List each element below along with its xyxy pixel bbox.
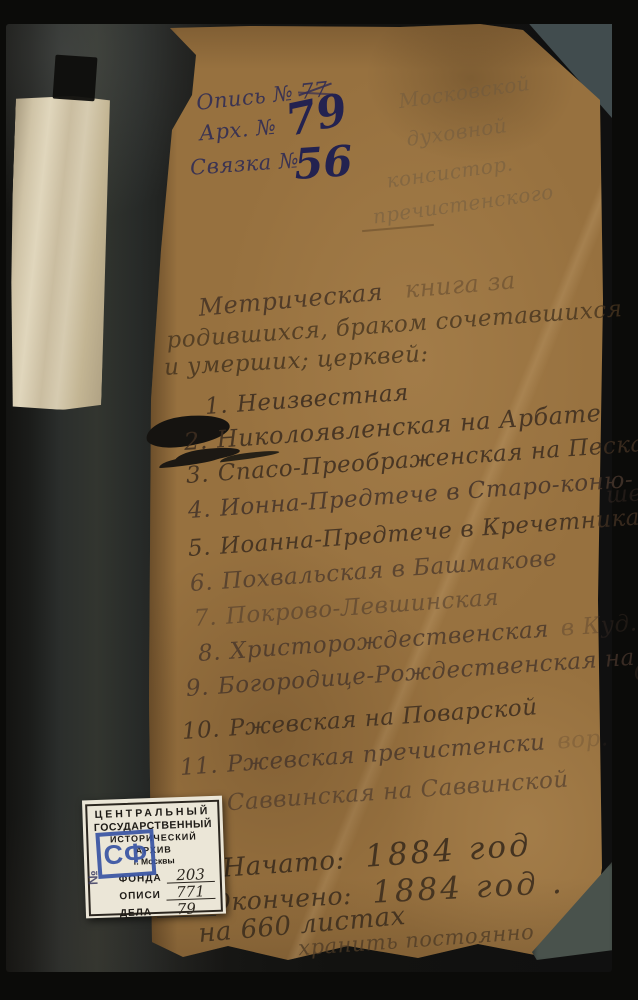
church-name-continuation: в Куд.	[560, 610, 638, 641]
delo-row-label: ДЕЛА	[120, 907, 152, 919]
church-number: 11.	[179, 752, 219, 781]
church-number: 8.	[197, 639, 222, 667]
church-number: 2.	[183, 426, 209, 456]
church-number: 6.	[189, 569, 214, 597]
church-name: Неизвестная	[236, 380, 410, 418]
church-number: 10.	[181, 716, 221, 745]
number-sign-mark: №	[85, 870, 100, 885]
archive-label: ЦЕНТРАЛЬНЫЙ ГОСУДАРСТВЕННЫЙ ИСТОРИЧЕСКИЙ…	[82, 796, 226, 919]
church-number: 3.	[185, 461, 210, 489]
church-number: 4.	[187, 496, 212, 524]
opis-row-value: 771	[166, 885, 216, 901]
label-row-opis: ОПИСИ 771	[119, 885, 215, 902]
opis-row-label: ОПИСИ	[119, 890, 161, 902]
sf-stamp: СФ	[95, 829, 156, 879]
church-number: 9.	[185, 674, 210, 702]
church-name-continuation: вор.	[556, 725, 609, 755]
fond-value: 203	[166, 868, 215, 884]
delo-row-value: 79	[157, 902, 216, 918]
church-number: 1.	[204, 392, 229, 420]
church-number: 7.	[193, 604, 218, 632]
book-cover-photo: Опись № 77 Арх. № 79 Связка № 56 Московс…	[0, 0, 638, 1000]
archive-label-frame: ЦЕНТРАЛЬНЫЙ ГОСУДАРСТВЕННЫЙ ИСТОРИЧЕСКИЙ…	[85, 800, 223, 917]
church-number: 5.	[187, 534, 212, 562]
